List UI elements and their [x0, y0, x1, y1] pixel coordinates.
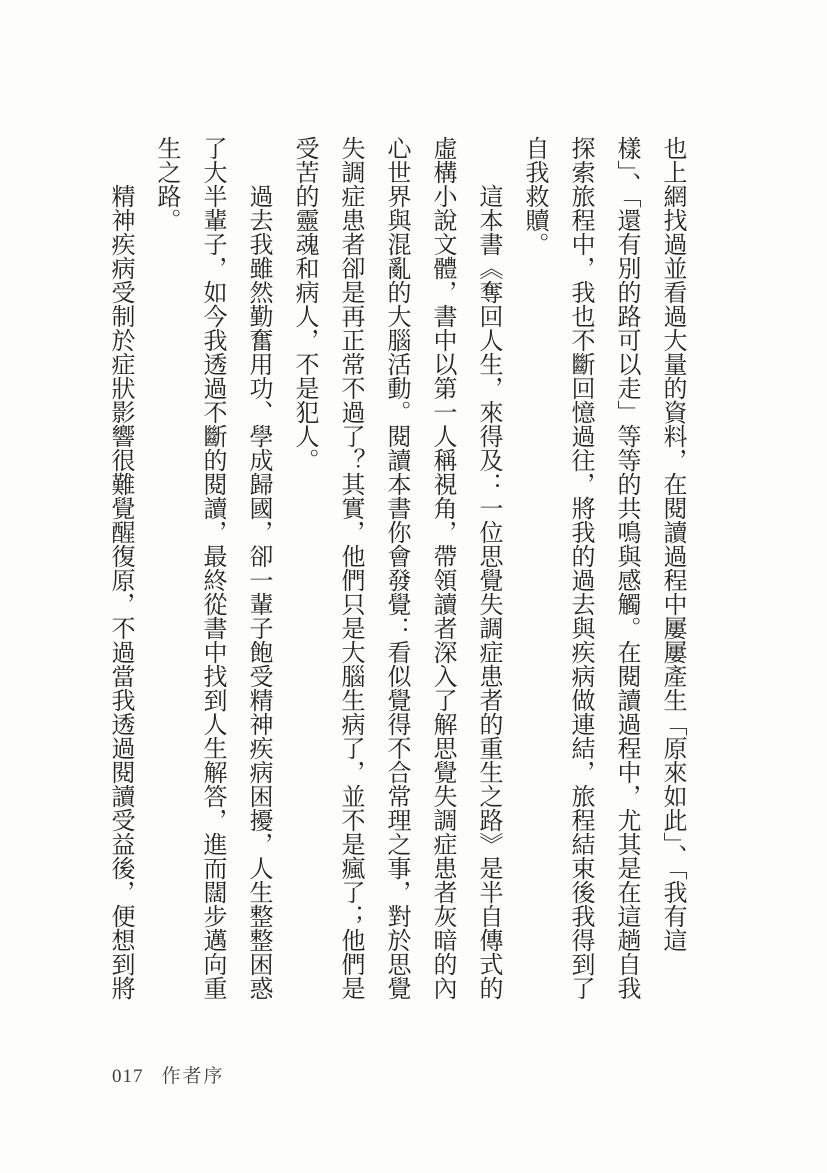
paragraph: 這本書《奪回人生，來得及：一位思覺失調症患者的重生之路》是半自傳式的虛構小說文體… [281, 136, 511, 1002]
paragraph: 精神疾病受制於症狀影響很難覺醒復原，不過當我透過閱讀受益後，便想到將 [97, 136, 143, 1002]
vertical-text-block: 也上網找過並看過大量的資料，在閱讀過程中屢屢產生「原來如此」、「我有這樣」、「還… [97, 136, 695, 1002]
page-footer: 017 作者序 [112, 1061, 225, 1088]
page-number: 017 [112, 1066, 144, 1088]
section-title: 作者序 [162, 1061, 225, 1088]
paragraph: 過去我雖然勤奮用功、學成歸國，卻一輩子飽受精神疾病困擾，人生整整困惑了大半輩子，… [143, 136, 281, 1002]
book-page: 也上網找過並看過大量的資料，在閱讀過程中屢屢產生「原來如此」、「我有這樣」、「還… [0, 0, 827, 1173]
paragraph: 也上網找過並看過大量的資料，在閱讀過程中屢屢產生「原來如此」、「我有這樣」、「還… [511, 136, 695, 1002]
